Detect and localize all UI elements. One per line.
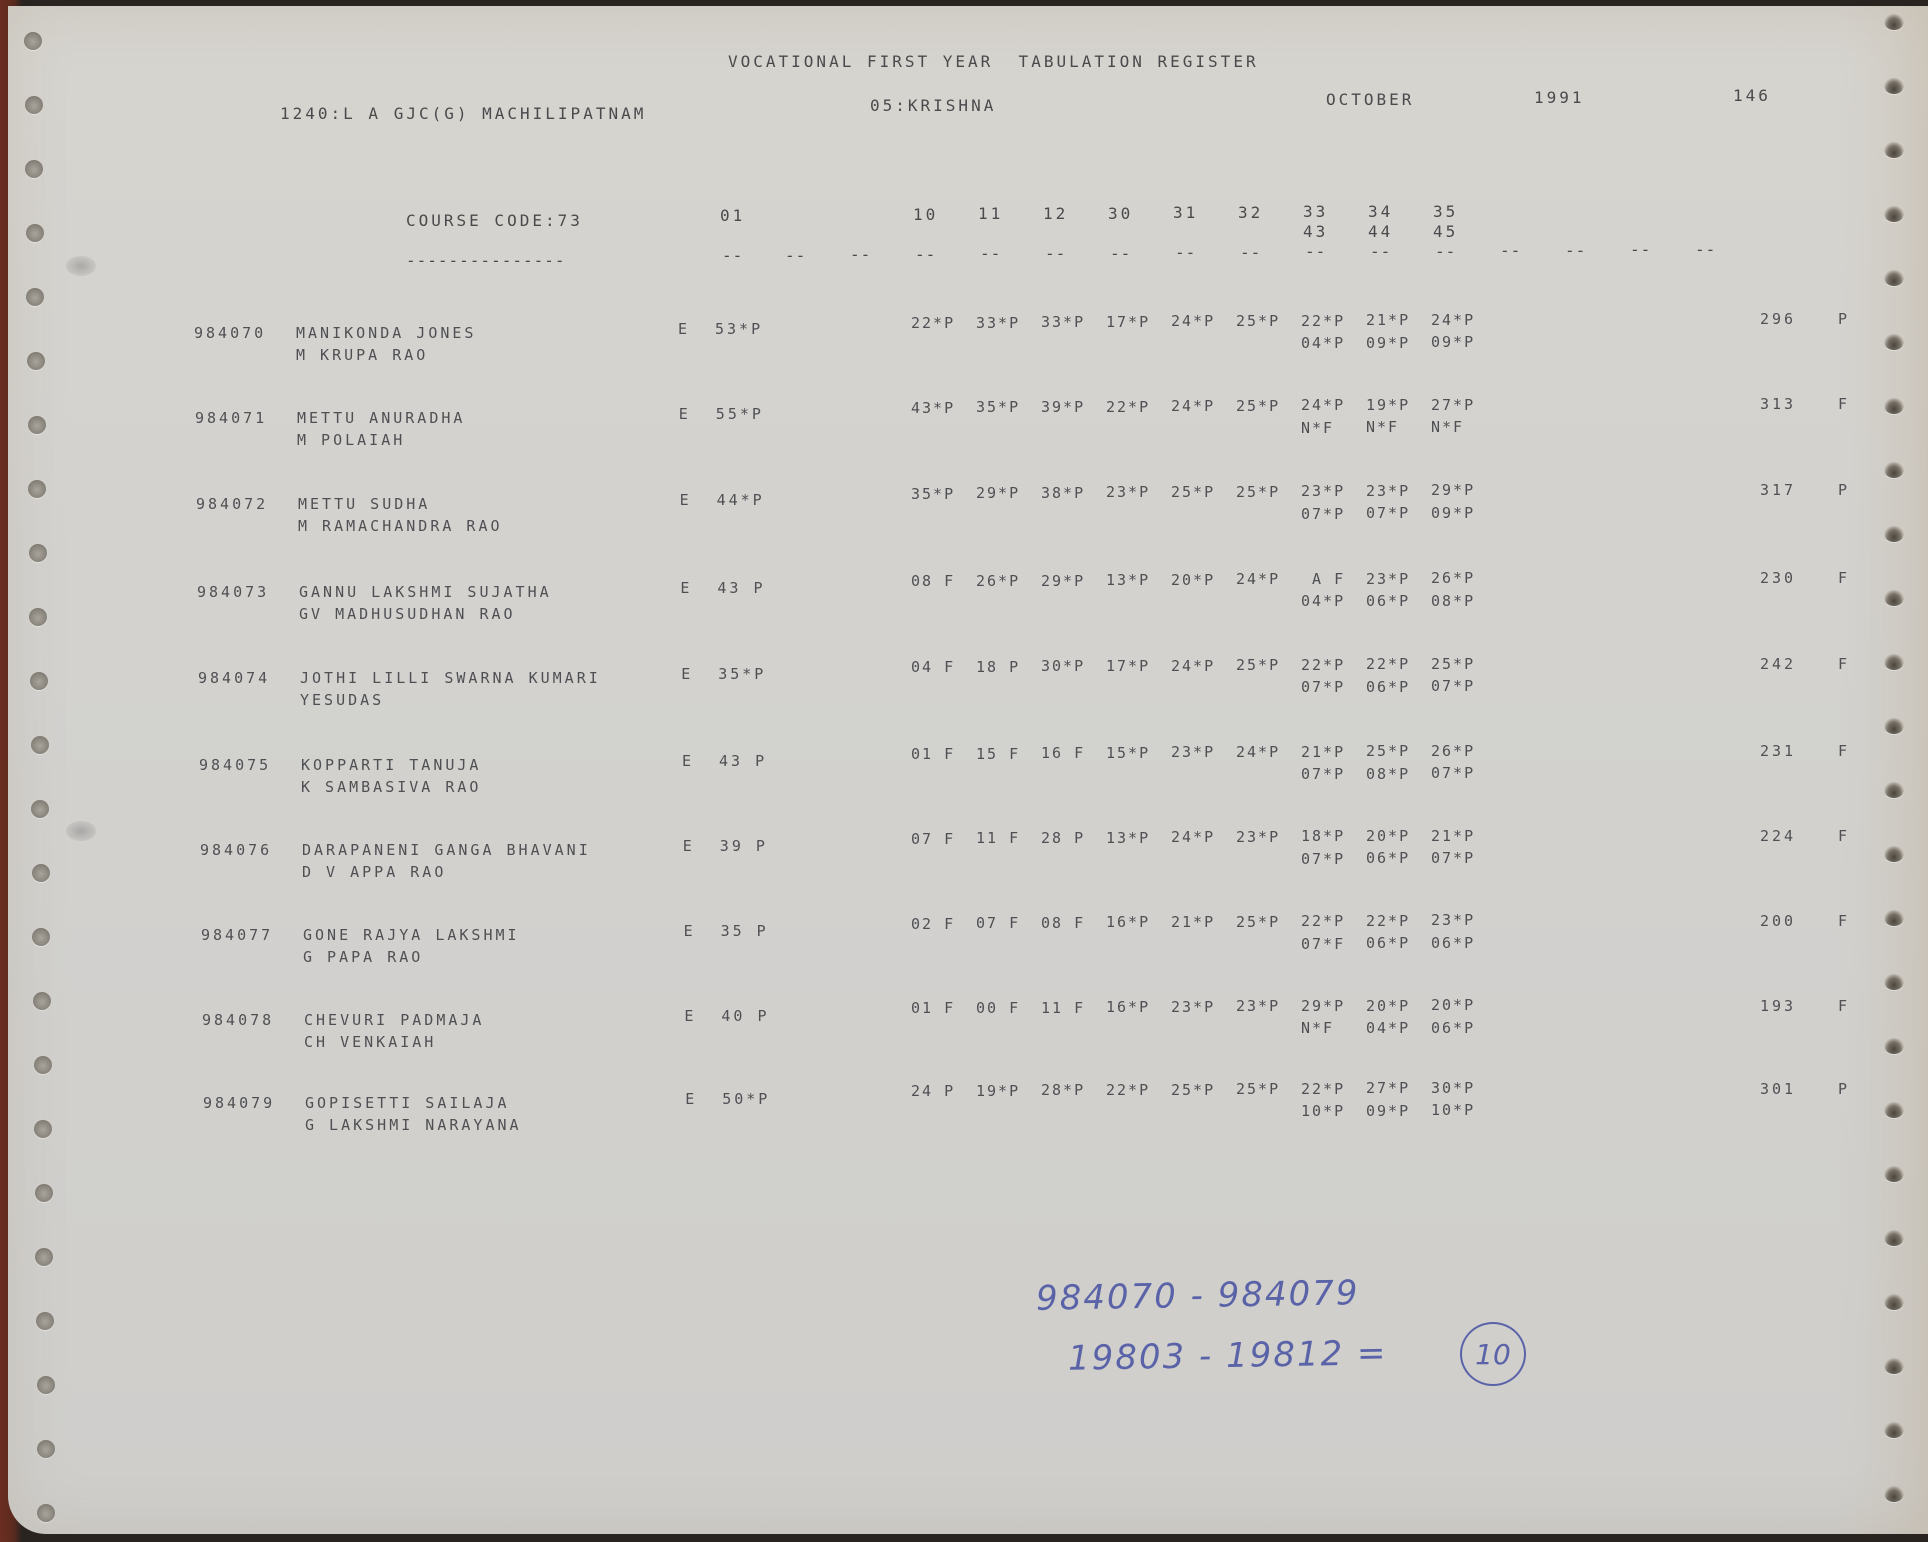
subject-mark: 17*P bbox=[1106, 657, 1150, 675]
tractor-feed-hole bbox=[24, 32, 42, 50]
subject-mark: 22*P bbox=[1301, 1080, 1345, 1098]
handwritten-serial-range: 19803 - 19812 = bbox=[1068, 1333, 1388, 1379]
student-record-row: 984072METTU SUDHAM RAMACHANDRA RAOE44*P3… bbox=[8, 495, 1928, 555]
subject-mark: 24*P bbox=[1171, 397, 1215, 415]
practical-mark: 04*P bbox=[1366, 1019, 1410, 1037]
subject-column-separator: -- bbox=[980, 244, 1001, 263]
parent-name: M POLAIAH bbox=[297, 431, 405, 449]
hall-ticket-number: 984073 bbox=[197, 583, 269, 601]
tractor-feed-hole bbox=[1884, 910, 1904, 926]
practical-mark: 08*P bbox=[1431, 592, 1475, 610]
practical-mark: 06*P bbox=[1366, 678, 1410, 696]
subject-mark: 25*P bbox=[1171, 1081, 1215, 1099]
subject-column-separator: -- bbox=[1370, 242, 1391, 261]
medium-language: E bbox=[680, 491, 692, 509]
medium-language: E bbox=[685, 1090, 697, 1108]
tractor-feed-hole bbox=[37, 1376, 55, 1394]
subject-mark: 23*P bbox=[1236, 997, 1280, 1015]
practical-mark: 04*P bbox=[1301, 592, 1345, 610]
ink-smudge bbox=[66, 256, 96, 276]
medium-language: E bbox=[684, 1007, 696, 1025]
practical-mark: 07*P bbox=[1301, 765, 1345, 783]
subject-code: 33 bbox=[1303, 202, 1328, 221]
subject-mark: A F bbox=[1301, 570, 1345, 588]
subject-mark: 27*P bbox=[1366, 1079, 1410, 1097]
subject-mark: 01 F bbox=[911, 745, 955, 763]
tractor-feed-hole bbox=[25, 160, 43, 178]
subject-mark: 26*P bbox=[1431, 742, 1475, 760]
subject-column-separator: -- bbox=[1630, 240, 1651, 259]
result-status: F bbox=[1838, 655, 1850, 673]
register-title: VOCATIONAL FIRST YEAR TABULATION REGISTE… bbox=[728, 52, 1259, 71]
subject-mark: 38*P bbox=[1041, 484, 1085, 502]
hall-ticket-number: 984074 bbox=[198, 669, 270, 687]
subject-01-mark: 39 P bbox=[720, 837, 768, 855]
tractor-feed-hole bbox=[25, 96, 43, 114]
medium-language: E bbox=[678, 320, 690, 338]
practical-mark: 07*P bbox=[1431, 849, 1475, 867]
tractor-feed-hole bbox=[33, 992, 51, 1010]
subject-mark: 33*P bbox=[1041, 313, 1085, 331]
subject-mark: 25*P bbox=[1236, 656, 1280, 674]
parent-name: K SAMBASIVA RAO bbox=[301, 778, 481, 796]
tractor-feed-hole bbox=[1884, 14, 1904, 30]
hall-ticket-number: 984077 bbox=[201, 926, 273, 944]
subject-mark: 13*P bbox=[1106, 571, 1150, 589]
subject-mark: 08 F bbox=[911, 572, 955, 590]
subject-mark: 08 F bbox=[1041, 914, 1085, 932]
tractor-feed-hole bbox=[1884, 1486, 1904, 1502]
practical-mark: N*F bbox=[1301, 419, 1334, 437]
college-code-name: 1240:L A GJC(G) MACHILIPATNAM bbox=[280, 104, 646, 123]
tractor-feed-hole bbox=[36, 1312, 54, 1330]
parent-name: GV MADHUSUDHAN RAO bbox=[299, 605, 516, 623]
ink-smudge bbox=[66, 821, 96, 841]
practical-mark: 09*P bbox=[1431, 333, 1475, 351]
subject-mark: 21*P bbox=[1366, 311, 1410, 329]
practical-mark: 07*P bbox=[1301, 505, 1345, 523]
practical-mark: 06*P bbox=[1366, 849, 1410, 867]
subject-column-separator: -- bbox=[722, 246, 743, 265]
subject-mark: 24*P bbox=[1431, 311, 1475, 329]
subject-mark: 07 F bbox=[911, 830, 955, 848]
subject-code: 35 bbox=[1433, 202, 1458, 221]
subject-mark: 43*P bbox=[911, 399, 955, 417]
subject-mark: 19*P bbox=[976, 1082, 1020, 1100]
student-name: MANIKONDA JONES bbox=[296, 324, 476, 342]
student-record-row: 984075KOPPARTI TANUJAK SAMBASIVA RAOE43 … bbox=[8, 756, 1928, 816]
total-marks: 231 bbox=[1760, 742, 1796, 760]
subject-mark: 07 F bbox=[976, 914, 1020, 932]
practical-mark: N*F bbox=[1366, 418, 1399, 436]
subject-01-mark: 40 P bbox=[721, 1007, 769, 1025]
subject-mark: 22*P bbox=[1301, 912, 1345, 930]
student-name: GOPISETTI SAILAJA bbox=[305, 1094, 510, 1112]
student-name: METTU ANURADHA bbox=[297, 409, 465, 427]
total-marks: 193 bbox=[1760, 997, 1796, 1015]
total-marks: 224 bbox=[1760, 827, 1796, 845]
student-name: METTU SUDHA bbox=[298, 495, 430, 513]
subject-code: 34 bbox=[1368, 202, 1393, 221]
student-record-row: 984073GANNU LAKSHMI SUJATHAGV MADHUSUDHA… bbox=[8, 583, 1928, 643]
subject-mark: 25*P bbox=[1236, 312, 1280, 330]
subject-mark: 18 P bbox=[976, 658, 1020, 676]
subject-mark: 27*P bbox=[1431, 396, 1475, 414]
tractor-feed-hole bbox=[1884, 1422, 1904, 1438]
subject-code-secondary: 43 bbox=[1303, 222, 1328, 241]
practical-mark: N*F bbox=[1301, 1019, 1334, 1037]
subject-mark: 11 F bbox=[976, 829, 1020, 847]
hall-ticket-number: 984076 bbox=[200, 841, 272, 859]
page-number: 146 bbox=[1733, 86, 1771, 105]
subject-mark: 02 F bbox=[911, 915, 955, 933]
practical-mark: 10*P bbox=[1431, 1101, 1475, 1119]
subject-01-mark: 43 P bbox=[719, 752, 767, 770]
subject-mark: 16*P bbox=[1106, 998, 1150, 1016]
subject-01-mark: 50*P bbox=[722, 1090, 770, 1108]
subject-mark: 19*P bbox=[1366, 396, 1410, 414]
subject-code-secondary: 45 bbox=[1433, 222, 1458, 241]
tractor-feed-hole bbox=[1884, 78, 1904, 94]
subject-mark: 04 F bbox=[911, 658, 955, 676]
student-record-row: 984078CHEVURI PADMAJACH VENKAIAHE40 P01 … bbox=[8, 1011, 1928, 1071]
subject-mark: 22*P bbox=[1366, 655, 1410, 673]
subject-column-separator: -- bbox=[1500, 241, 1521, 260]
course-code-label: COURSE CODE:73 bbox=[406, 211, 583, 230]
result-status: F bbox=[1838, 997, 1850, 1015]
subject-mark: 11 F bbox=[1041, 999, 1085, 1017]
subject-mark: 17*P bbox=[1106, 313, 1150, 331]
tractor-feed-hole bbox=[1884, 1230, 1904, 1246]
parent-name: YESUDAS bbox=[300, 691, 384, 709]
tractor-feed-hole bbox=[1884, 206, 1904, 222]
hall-ticket-number: 984071 bbox=[195, 409, 267, 427]
subject-mark: 29*P bbox=[1041, 572, 1085, 590]
subject-mark: 01 F bbox=[911, 999, 955, 1017]
subject-mark: 20*P bbox=[1171, 571, 1215, 589]
subject-code: 30 bbox=[1108, 204, 1133, 223]
practical-mark: N*F bbox=[1431, 418, 1464, 436]
student-name: CHEVURI PADMAJA bbox=[304, 1011, 484, 1029]
hall-ticket-number: 984078 bbox=[202, 1011, 274, 1029]
subject-code: 32 bbox=[1238, 203, 1263, 222]
medium-language: E bbox=[684, 922, 696, 940]
total-marks: 230 bbox=[1760, 569, 1796, 587]
subject-mark: 23*P bbox=[1301, 482, 1345, 500]
practical-mark: 06*P bbox=[1431, 934, 1475, 952]
subject-mark: 25*P bbox=[1236, 397, 1280, 415]
subject-column-separator: -- bbox=[1110, 244, 1131, 263]
subject-code: 01 bbox=[720, 206, 745, 225]
total-marks: 200 bbox=[1760, 912, 1796, 930]
subject-mark: 35*P bbox=[976, 398, 1020, 416]
subject-mark: 24*P bbox=[1171, 657, 1215, 675]
practical-mark: 07*P bbox=[1366, 504, 1410, 522]
subject-mark: 15 F bbox=[976, 745, 1020, 763]
practical-mark: 09*P bbox=[1366, 1102, 1410, 1120]
subject-mark: 25*P bbox=[1171, 483, 1215, 501]
exam-year: 1991 bbox=[1534, 88, 1585, 107]
subject-code: 11 bbox=[978, 204, 1003, 223]
result-status: P bbox=[1838, 310, 1850, 328]
tractor-feed-hole bbox=[35, 1184, 53, 1202]
tractor-feed-hole bbox=[1884, 1358, 1904, 1374]
practical-mark: 06*P bbox=[1366, 592, 1410, 610]
subject-mark: 29*P bbox=[1301, 997, 1345, 1015]
subject-column-separator: -- bbox=[1240, 243, 1261, 262]
subject-mark: 24*P bbox=[1236, 570, 1280, 588]
parent-name: M RAMACHANDRA RAO bbox=[298, 517, 503, 535]
subject-mark: 25*P bbox=[1366, 742, 1410, 760]
subject-column-separator: -- bbox=[1435, 242, 1456, 261]
student-record-row: 984077GONE RAJYA LAKSHMIG PAPA RAOE35 P0… bbox=[8, 926, 1928, 986]
result-status: P bbox=[1838, 481, 1850, 499]
subject-mark: 20*P bbox=[1366, 997, 1410, 1015]
district: 05:KRISHNA bbox=[870, 96, 996, 115]
medium-language: E bbox=[680, 579, 692, 597]
practical-mark: 09*P bbox=[1366, 334, 1410, 352]
hall-ticket-number: 984070 bbox=[194, 324, 266, 342]
total-marks: 313 bbox=[1760, 395, 1796, 413]
tractor-feed-hole bbox=[1884, 1166, 1904, 1182]
total-marks: 317 bbox=[1760, 481, 1796, 499]
tabulation-register-sheet: VOCATIONAL FIRST YEAR TABULATION REGISTE… bbox=[8, 6, 1928, 1534]
student-record-row: 984071METTU ANURADHAM POLAIAHE55*P43*P35… bbox=[8, 409, 1928, 469]
subject-column-separator: -- bbox=[1045, 244, 1066, 263]
subject-mark: 30*P bbox=[1041, 657, 1085, 675]
subject-mark: 21*P bbox=[1431, 827, 1475, 845]
subject-column-separator: -- bbox=[1305, 242, 1326, 261]
practical-mark: 07*P bbox=[1431, 677, 1475, 695]
handwritten-hall-ticket-range: 984070 - 984079 bbox=[1036, 1273, 1360, 1319]
subject-mark: 25*P bbox=[1236, 1080, 1280, 1098]
subject-mark: 25*P bbox=[1431, 655, 1475, 673]
subject-mark: 22*P bbox=[1106, 398, 1150, 416]
student-name: KOPPARTI TANUJA bbox=[301, 756, 481, 774]
hall-ticket-number: 984079 bbox=[203, 1094, 275, 1112]
result-status: P bbox=[1838, 1080, 1850, 1098]
total-marks: 242 bbox=[1760, 655, 1796, 673]
parent-name: D V APPA RAO bbox=[302, 863, 446, 881]
subject-mark: 28*P bbox=[1041, 1081, 1085, 1099]
result-status: F bbox=[1838, 742, 1850, 760]
medium-language: E bbox=[682, 752, 694, 770]
subject-mark: 26*P bbox=[976, 572, 1020, 590]
medium-language: E bbox=[679, 405, 691, 423]
photo-background: VOCATIONAL FIRST YEAR TABULATION REGISTE… bbox=[0, 0, 1928, 1542]
practical-mark: 09*P bbox=[1431, 504, 1475, 522]
subject-mark: 24*P bbox=[1301, 396, 1345, 414]
hall-ticket-number: 984072 bbox=[196, 495, 268, 513]
student-record-row: 984079GOPISETTI SAILAJAG LAKSHMI NARAYAN… bbox=[8, 1094, 1928, 1154]
parent-name: CH VENKAIAH bbox=[304, 1033, 436, 1051]
practical-mark: 04*P bbox=[1301, 334, 1345, 352]
practical-mark: 07*P bbox=[1431, 764, 1475, 782]
subject-column-separator: -- bbox=[785, 246, 806, 265]
subject-mark: 23*P bbox=[1366, 570, 1410, 588]
student-name: GONE RAJYA LAKSHMI bbox=[303, 926, 520, 944]
total-marks: 301 bbox=[1760, 1080, 1796, 1098]
tractor-feed-hole bbox=[37, 1440, 55, 1458]
result-status: F bbox=[1838, 569, 1850, 587]
subject-column-separator: -- bbox=[1175, 243, 1196, 262]
result-status: F bbox=[1838, 827, 1850, 845]
student-name: DARAPANENI GANGA BHAVANI bbox=[302, 841, 591, 859]
student-record-row: 984074JOTHI LILLI SWARNA KUMARIYESUDASE3… bbox=[8, 669, 1928, 729]
handwritten-circled-count: 10 bbox=[1460, 1322, 1526, 1386]
subject-01-mark: 53*P bbox=[715, 320, 763, 338]
subject-mark: 24*P bbox=[1171, 828, 1215, 846]
subject-mark: 21*P bbox=[1171, 913, 1215, 931]
subject-column-separator: -- bbox=[915, 245, 936, 264]
subject-mark: 29*P bbox=[1431, 481, 1475, 499]
subject-mark: 23*P bbox=[1106, 483, 1150, 501]
practical-mark: 06*P bbox=[1431, 1019, 1475, 1037]
student-name: JOTHI LILLI SWARNA KUMARI bbox=[300, 669, 601, 687]
course-code-underline: --------------- bbox=[406, 251, 566, 270]
subject-code: 12 bbox=[1043, 204, 1068, 223]
parent-name: G PAPA RAO bbox=[303, 948, 423, 966]
subject-mark: 20*P bbox=[1431, 996, 1475, 1014]
subject-mark: 00 F bbox=[976, 999, 1020, 1017]
subject-01-mark: 55*P bbox=[716, 405, 764, 423]
subject-mark: 22*P bbox=[1366, 912, 1410, 930]
subject-mark: 23*P bbox=[1171, 743, 1215, 761]
tractor-feed-hole bbox=[37, 1504, 55, 1522]
subject-mark: 22*P bbox=[1301, 656, 1345, 674]
tractor-feed-hole bbox=[31, 736, 49, 754]
medium-language: E bbox=[681, 665, 693, 683]
subject-mark: 25*P bbox=[1236, 913, 1280, 931]
subject-mark: 24*P bbox=[1236, 743, 1280, 761]
subject-code: 31 bbox=[1173, 203, 1198, 222]
tractor-feed-hole bbox=[26, 288, 44, 306]
subject-mark: 22*P bbox=[1301, 312, 1345, 330]
subject-mark: 16 F bbox=[1041, 744, 1085, 762]
practical-mark: 06*P bbox=[1366, 934, 1410, 952]
subject-mark: 22*P bbox=[911, 314, 955, 332]
student-name: GANNU LAKSHMI SUJATHA bbox=[299, 583, 552, 601]
subject-mark: 24*P bbox=[1171, 312, 1215, 330]
practical-mark: 07*F bbox=[1301, 935, 1345, 953]
tractor-feed-hole bbox=[1884, 270, 1904, 286]
subject-mark: 28 P bbox=[1041, 829, 1085, 847]
tractor-feed-hole bbox=[35, 1248, 53, 1266]
subject-column-separator: -- bbox=[850, 245, 871, 264]
subject-mark: 23*P bbox=[1431, 911, 1475, 929]
subject-mark: 30*P bbox=[1431, 1079, 1475, 1097]
tractor-feed-hole bbox=[1884, 654, 1904, 670]
subject-column-separator: -- bbox=[1695, 240, 1716, 259]
parent-name: G LAKSHMI NARAYANA bbox=[305, 1116, 522, 1134]
student-record-row: 984070MANIKONDA JONESM KRUPA RAOE53*P22*… bbox=[8, 324, 1928, 384]
subject-mark: 13*P bbox=[1106, 829, 1150, 847]
subject-mark: 23*P bbox=[1171, 998, 1215, 1016]
subject-column-separator: -- bbox=[1565, 241, 1586, 260]
subject-01-mark: 35 P bbox=[721, 922, 769, 940]
subject-mark: 26*P bbox=[1431, 569, 1475, 587]
subject-01-mark: 44*P bbox=[717, 491, 765, 509]
tractor-feed-hole bbox=[26, 224, 44, 242]
subject-code: 10 bbox=[913, 205, 938, 224]
subject-mark: 21*P bbox=[1301, 743, 1345, 761]
result-status: F bbox=[1838, 395, 1850, 413]
exam-month: OCTOBER bbox=[1326, 90, 1414, 109]
tractor-feed-hole bbox=[1884, 1294, 1904, 1310]
medium-language: E bbox=[683, 837, 695, 855]
subject-mark: 23*P bbox=[1236, 828, 1280, 846]
subject-mark: 16*P bbox=[1106, 913, 1150, 931]
total-marks: 296 bbox=[1760, 310, 1796, 328]
subject-01-mark: 43 P bbox=[717, 579, 765, 597]
student-record-row: 984076DARAPANENI GANGA BHAVANID V APPA R… bbox=[8, 841, 1928, 901]
subject-mark: 29*P bbox=[976, 484, 1020, 502]
subject-mark: 22*P bbox=[1106, 1081, 1150, 1099]
subject-mark: 24 P bbox=[911, 1082, 955, 1100]
subject-01-mark: 35*P bbox=[718, 665, 766, 683]
practical-mark: 08*P bbox=[1366, 765, 1410, 783]
practical-mark: 10*P bbox=[1301, 1102, 1345, 1120]
subject-mark: 18*P bbox=[1301, 827, 1345, 845]
parent-name: M KRUPA RAO bbox=[296, 346, 428, 364]
hall-ticket-number: 984075 bbox=[199, 756, 271, 774]
subject-mark: 20*P bbox=[1366, 827, 1410, 845]
subject-code-secondary: 44 bbox=[1368, 222, 1393, 241]
practical-mark: 07*P bbox=[1301, 850, 1345, 868]
subject-mark: 25*P bbox=[1236, 483, 1280, 501]
tractor-feed-hole bbox=[1884, 142, 1904, 158]
subject-mark: 39*P bbox=[1041, 398, 1085, 416]
subject-mark: 35*P bbox=[911, 485, 955, 503]
subject-mark: 15*P bbox=[1106, 744, 1150, 762]
practical-mark: 07*P bbox=[1301, 678, 1345, 696]
subject-mark: 23*P bbox=[1366, 482, 1410, 500]
subject-mark: 33*P bbox=[976, 314, 1020, 332]
result-status: F bbox=[1838, 912, 1850, 930]
